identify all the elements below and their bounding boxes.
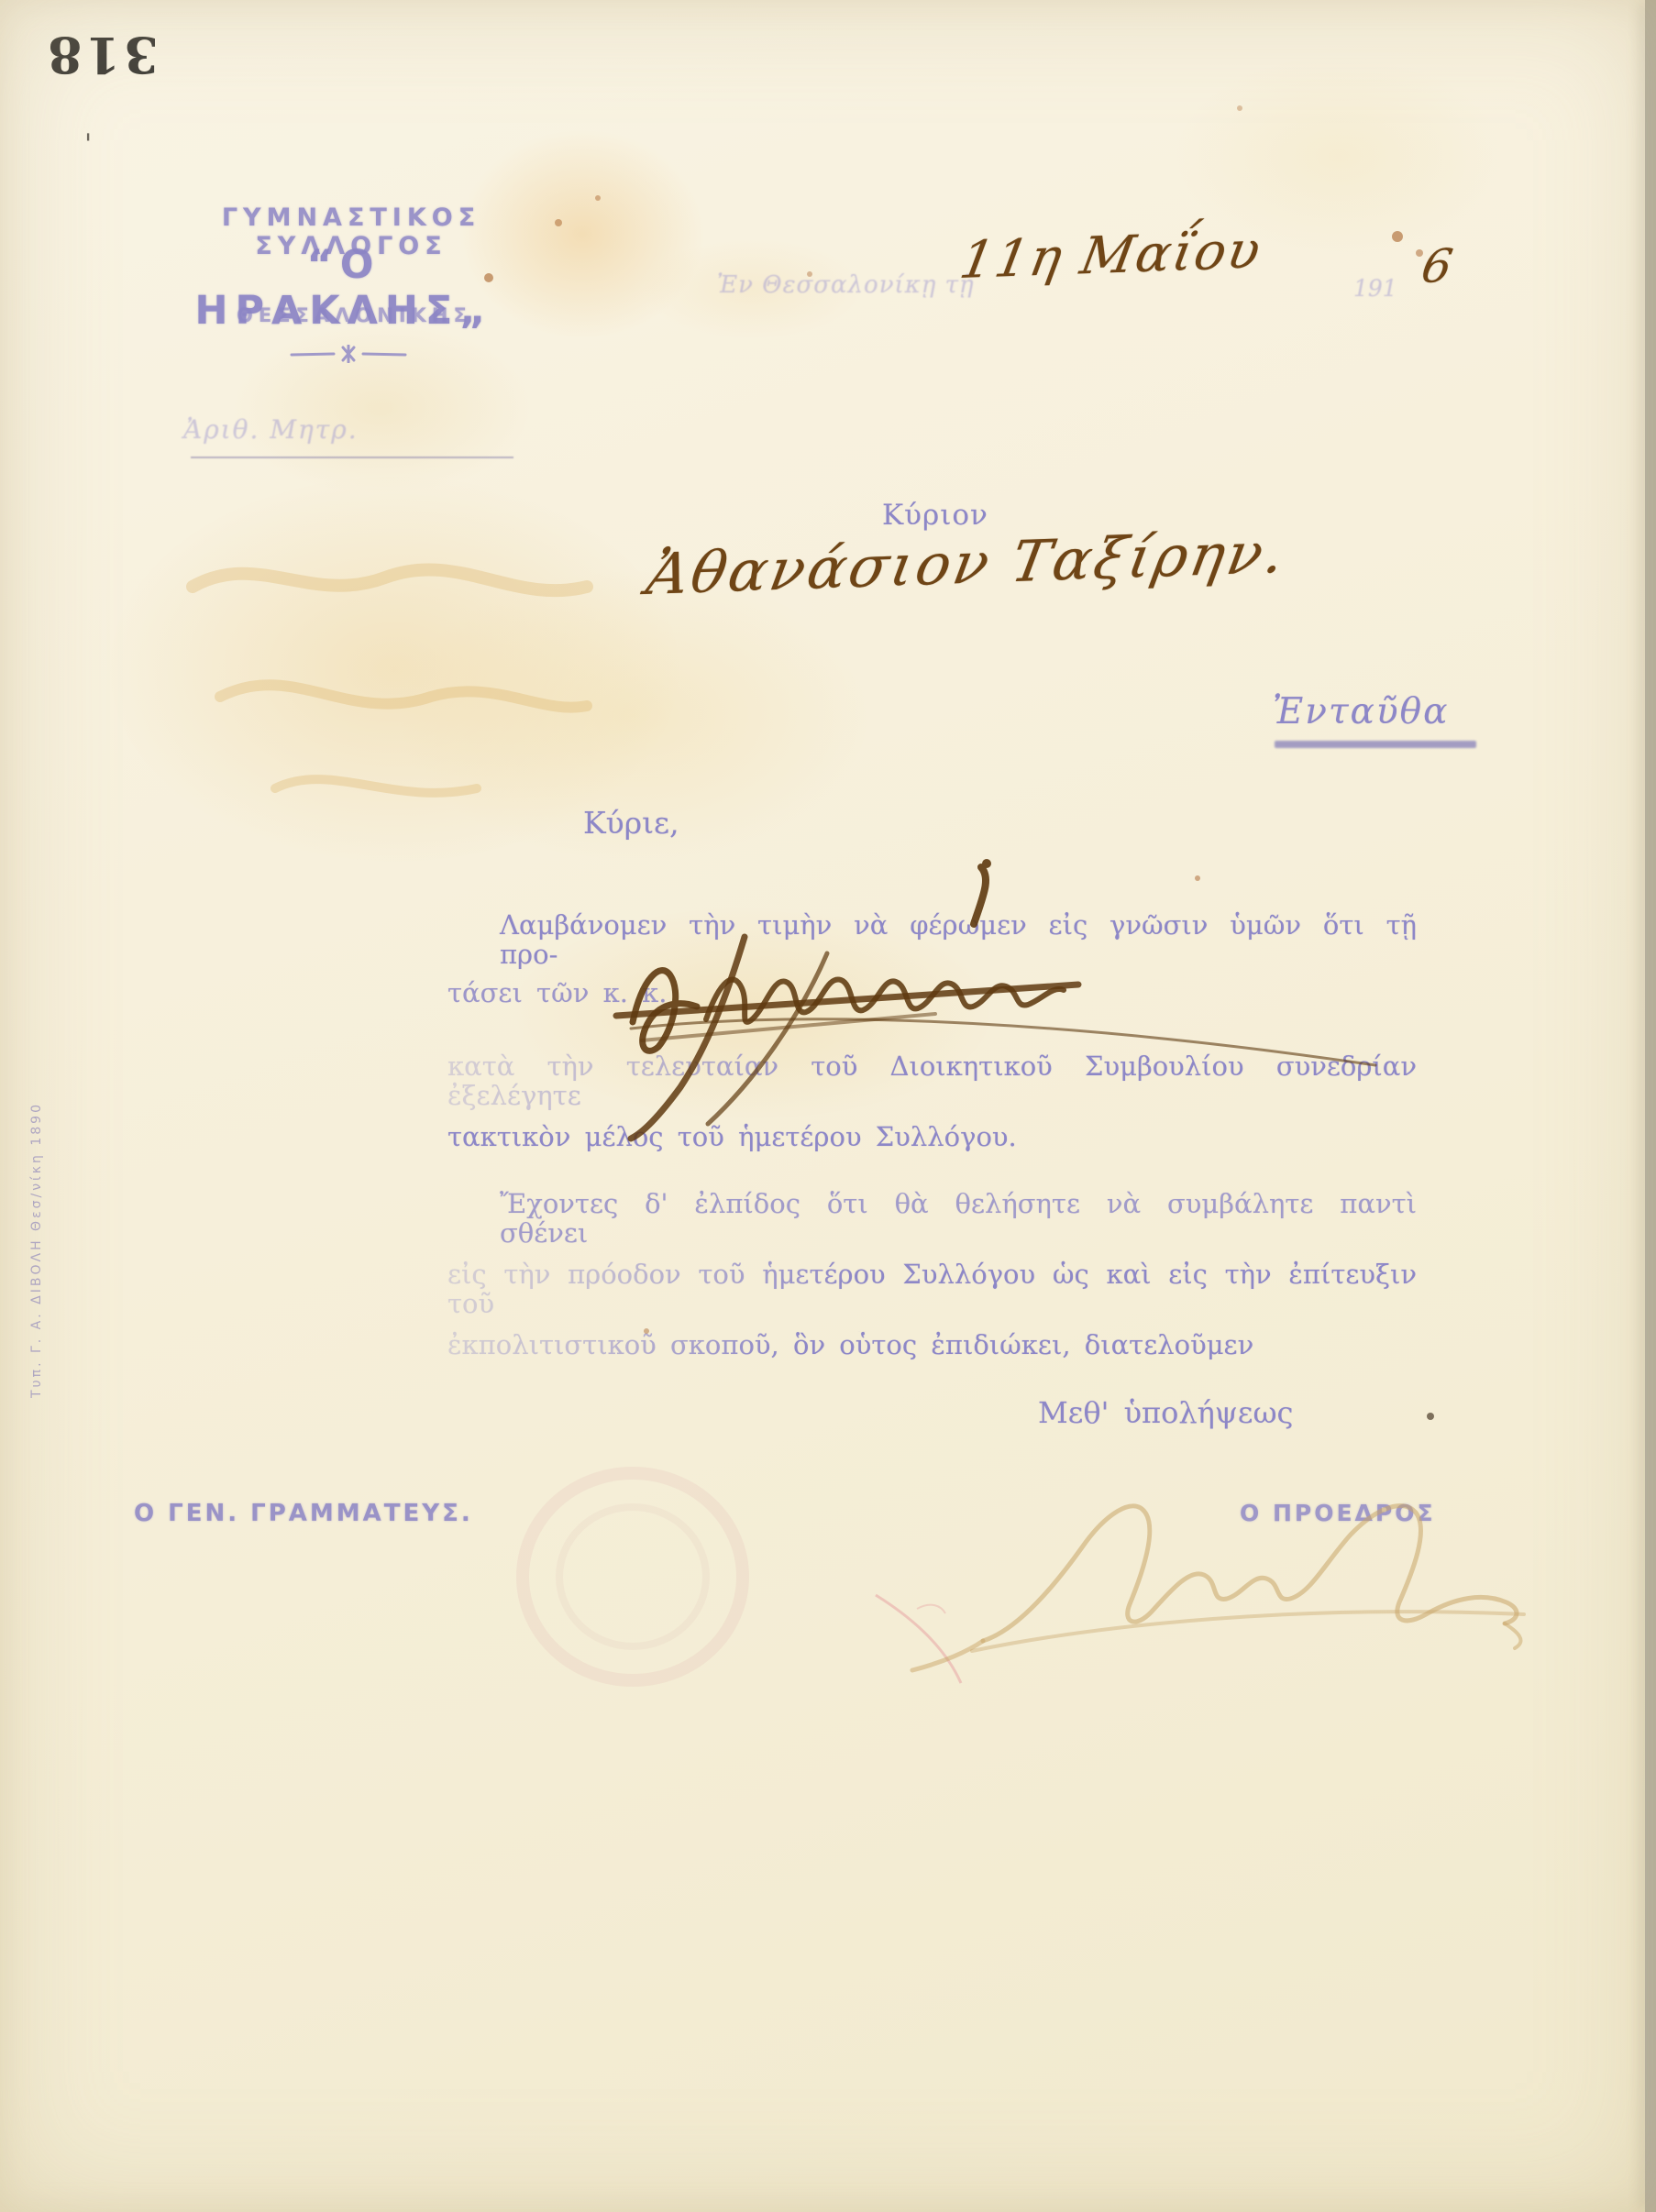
dateline-year-digit: 6 [1418,239,1456,293]
location-underline [1275,741,1476,748]
stain [110,477,679,862]
dateline-preprinted-place: Ἐν Θεσσαλονίκῃ τῇ [717,271,975,299]
greeting: Κύριε, [583,807,679,840]
body-line-1: Λαμβάνομεν τὴν τιμὴν νὰ φέρωμεν εἰς γνῶσ… [500,911,1417,970]
body-line-4: τακτικὸν μέλος τοῦ ἡμετέρου Συλλόγου. [447,1123,1017,1152]
ink-bleed-ghost [193,569,587,792]
recipient-name-handwritten: Ἀθανάσιον Ταξίρην. [642,519,1292,608]
president-title: Ο ΠΡΟΕΔΡΟΣ [1240,1500,1436,1526]
valediction: Μεθ' ὑπολήψεως [1038,1397,1293,1429]
archive-page-number: 318 [44,26,159,84]
body-line-2: τάσει τῶν κ. κ. [447,979,667,1008]
president-signature [912,1506,1524,1670]
dateline-year-prefix: 191 [1353,275,1397,302]
recipient-salutation: Κύριον [882,499,988,532]
body-line-3: κατὰ τὴν τελευταίαν τοῦ Διοικητικοῦ Συμβ… [447,1052,1417,1111]
pen-tick: ' [84,128,92,160]
secretary-title: Ο ΓΕΝ. ΓΡΑΜΜΑΤΕΥΣ. [134,1500,473,1527]
body-line-6: εἰς τὴν πρόοδον τοῦ ἡμετέρου Συλλόγου ὡς… [447,1260,1417,1319]
letterhead-city: ΘΕΣΣΑΛΟΝΙΚΗΣ [237,304,457,326]
divider-ornament [290,345,409,363]
recipient-location: Ἐνταῦθα [1273,691,1449,732]
registry-rule [191,457,513,458]
body-line-5: Ἔχοντες δ' ἐλπίδος ὅτι θὰ θελήσητε νὰ συ… [500,1190,1417,1249]
faint-stamp [523,1473,961,1683]
scan-edge [1645,0,1656,2212]
printer-imprint: Τυπ. Γ. Α. ΔΙΒΟΛΗ Θεσ/νίκη 1890 [29,1004,44,1398]
dateline-handwritten-date: 11η Μαΐου [955,221,1266,291]
registry-label: Ἀριθ. Μητρ. [183,414,359,445]
body-line-7: ἐκπολιτιστικοῦ σκοποῦ, ὃν οὗτος ἐπιδιώκε… [447,1331,1253,1360]
letter-page: 318 ' ΓΥΜΝΑΣΤΙΚΟΣ ΣΥΛΛΟΓΟΣ “Ο ΗΡΑΚΛΗΣ„ Θ… [0,0,1656,2212]
